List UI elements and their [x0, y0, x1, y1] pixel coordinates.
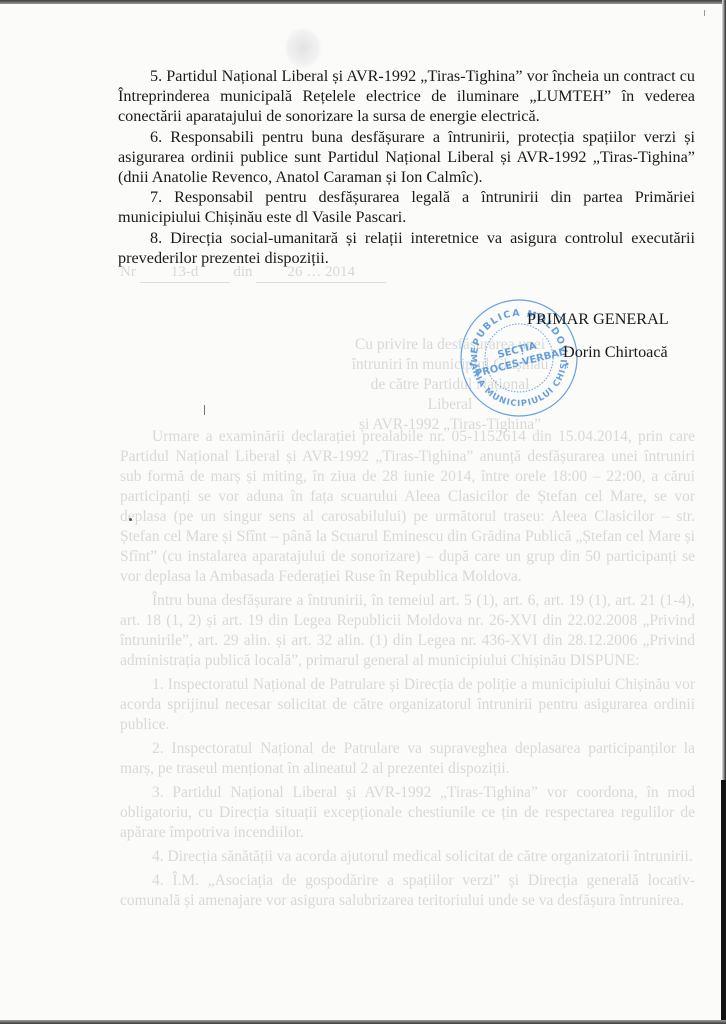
bleed-paragraph: 2. Inspectoratul Național de Patrulare v…: [120, 739, 695, 779]
signatory-name: Dorin Chirtoacă: [563, 343, 668, 362]
paragraph-text: Direcția social-umanitară și relații int…: [118, 229, 695, 267]
paragraph-text: Partidul Național Liberal și AVR-1992 „T…: [118, 67, 695, 125]
scan-mark: [704, 10, 705, 16]
paragraph-number: 7.: [150, 188, 162, 206]
paragraph-text: Responsabil pentru desfășurarea legală a…: [118, 188, 695, 226]
bleed-paragraph: Întru buna desfășurare a întrunirii, în …: [120, 591, 695, 671]
paragraph-text: Responsabili pentru buna desfășurare a î…: [118, 128, 695, 186]
scan-edge-bottom: [0, 1020, 726, 1024]
scan-edge-top: [0, 0, 726, 4]
paragraph-5: 5. Partidul Național Liberal și AVR-1992…: [118, 66, 695, 127]
bleed-through-crest: [285, 28, 321, 68]
bleed-paragraph: 4. Î.M. „Asociația de gospodărire a spaț…: [120, 871, 695, 911]
paragraph-number: 8.: [150, 229, 162, 247]
paragraph-8: 8. Direcția social-umanitară și relații …: [118, 228, 695, 268]
paragraph-6: 6. Responsabili pentru buna desfășurare …: [118, 127, 695, 188]
paragraph-number: 5.: [150, 67, 162, 85]
document-body: 5. Partidul Național Liberal și AVR-1992…: [118, 66, 695, 268]
bleed-paragraph: 3. Partidul Național Liberal și AVR-1992…: [120, 783, 695, 843]
bleed-paragraph: Urmare a examinării declarației prealabi…: [120, 427, 695, 587]
scan-mark: [204, 405, 205, 415]
signatory-title: PRIMAR GENERAL: [527, 310, 669, 329]
scan-speck: [129, 518, 132, 521]
bleed-paragraph: 1. Inspectoratul Național de Patrulare ș…: [120, 675, 695, 735]
scan-edge-right-shadow: [721, 780, 726, 1024]
paragraph-7: 7. Responsabil pentru desfășurarea legal…: [118, 187, 695, 227]
bleed-through-body: Urmare a examinării declarației prealabi…: [120, 427, 695, 911]
paragraph-number: 6.: [150, 128, 162, 146]
bleed-paragraph: 4. Direcția sănătății va acorda ajutorul…: [120, 847, 695, 867]
